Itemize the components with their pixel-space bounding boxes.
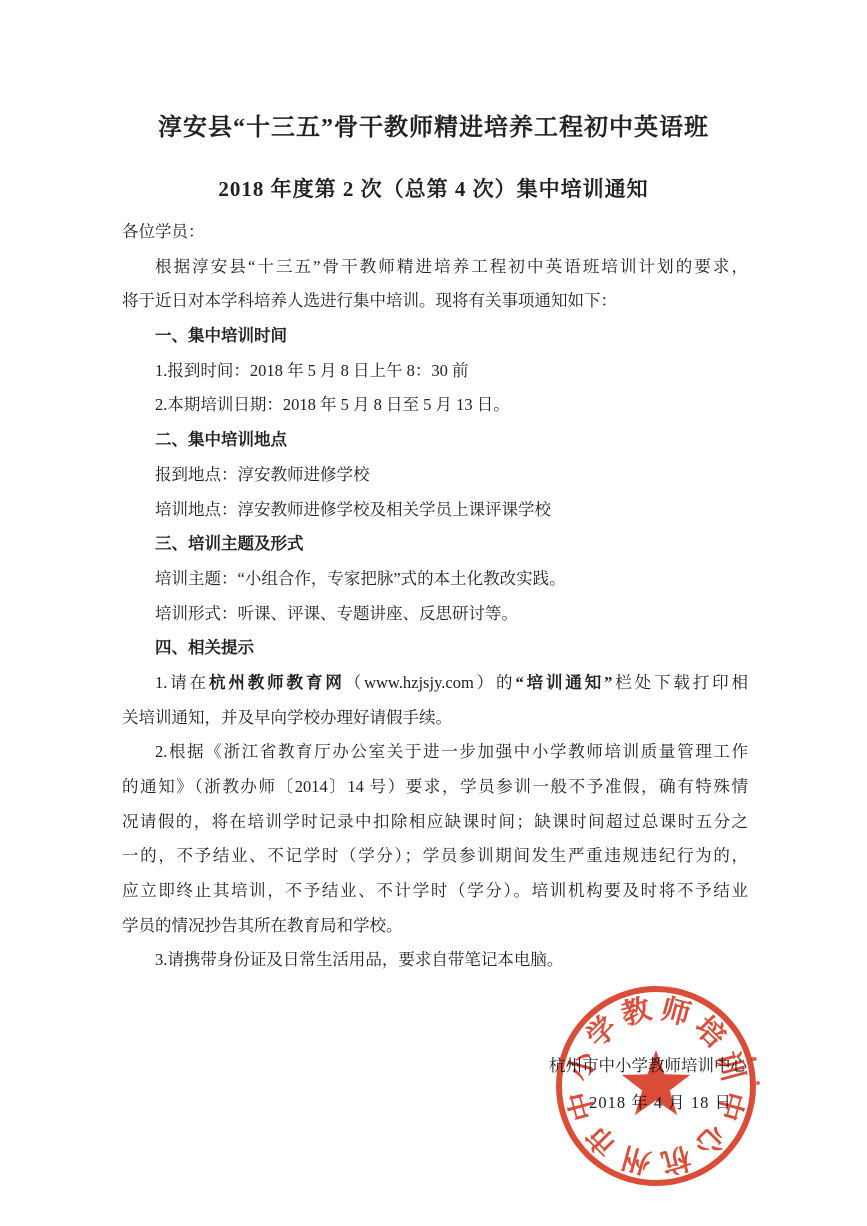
seal-ring-char: 市 xyxy=(580,1118,624,1162)
seal-ring-char: 师 xyxy=(658,992,695,1031)
text-line: 关培训通知，并及早向学校办理好请假手续。 xyxy=(122,701,748,736)
text-line: 的通知》（浙教办师〔2014〕14 号）要求，学员参训一般不予准假，确有特殊情 xyxy=(122,770,748,805)
plain-text: 栏处下载打印相 xyxy=(612,673,748,692)
text-line: 四、相关提示 xyxy=(122,631,748,666)
notice-document-page: 淳安县“十三五”骨干教师精进培养工程初中英语班 2018 年度第 2 次（总第 … xyxy=(0,0,867,1226)
seal-ring-char: 学 xyxy=(580,1010,624,1054)
seal-ring-char: 心 xyxy=(687,1118,732,1163)
seal-ring-char: 州 xyxy=(618,1140,654,1178)
text-line: 应立即终止其培训，不予结业、不计学时（学分）。培训机构要及时将不予结业 xyxy=(122,874,748,909)
text-line: 二、集中培训地点 xyxy=(122,423,748,458)
text-line: 三、培训主题及形式 xyxy=(122,527,748,562)
seal-ring xyxy=(559,989,753,1183)
text-line: 况请假的，将在培训学时记录中扣除相应缺课时间；缺课时间超过总课时五分之 xyxy=(122,805,748,840)
seal-ring-char: 培 xyxy=(688,1010,732,1054)
signature-org-name: 杭州市中小学教师培训中心 xyxy=(549,1052,747,1080)
text-line: 1.请在杭州教师教育网（www.hzjsjy.com）的“培训通知”栏处下载打印… xyxy=(122,666,748,701)
text-line: 学员的情况抄告其所在教育局和学校。 xyxy=(122,909,748,944)
official-seal-stamp: 杭州市中小学教师培训中心 xyxy=(550,980,762,1192)
text-line: 一的，不予结业、不记学时（学分）；学员参训期间发生严重违规违纪行为的， xyxy=(122,839,748,874)
text-line: 2.本期培训日期：2018 年 5 月 8 日至 5 月 13 日。 xyxy=(122,388,748,423)
seal-ring-char: 教 xyxy=(618,992,656,1032)
seal-ink-speck xyxy=(751,1057,757,1061)
document-subtitle: 2018 年度第 2 次（总第 4 次）集中培训通知 xyxy=(0,174,867,204)
text-line: 1.报到时间：2018 年 5 月 8 日上午 8：30 前 xyxy=(122,354,748,389)
text-line: 根据淳安县“十三五”骨干教师精进培养工程初中英语班培训计划的要求， xyxy=(122,250,748,285)
emphasized-text: “培训通知” xyxy=(515,673,612,692)
text-line: 将于近日对本学科培养人选进行集中培训。现将有关事项通知如下： xyxy=(122,284,748,319)
plain-text: 1.请在 xyxy=(155,673,209,692)
text-line: 一、集中培训时间 xyxy=(122,319,748,354)
text-line: 培训主题：“小组合作，专家把脉”式的本土化教改实践。 xyxy=(122,562,748,597)
text-line: 各位学员： xyxy=(122,215,748,250)
seal-ring-char: 杭 xyxy=(658,1140,695,1179)
signature-date: 2018 年 4 月 18 日 xyxy=(589,1089,732,1117)
text-line: 培训地点：淳安教师进修学校及相关学员上课评课学校 xyxy=(122,493,748,528)
text-line: 2.根据《浙江省教育厅办公室关于进一步加强中小学教师培训质量管理工作 xyxy=(122,735,748,770)
seal-ring-text: 杭州市中小学教师培训中心 xyxy=(562,992,749,1179)
document-title: 淳安县“十三五”骨干教师精进培养工程初中英语班 xyxy=(0,112,867,144)
text-line: 报到地点：淳安教师进修学校 xyxy=(122,458,748,493)
document-body: 各位学员：根据淳安县“十三五”骨干教师精进培养工程初中英语班培训计划的要求，将于… xyxy=(122,215,748,978)
plain-text: （www.hzjsjy.com）的 xyxy=(345,673,516,692)
text-line: 培训形式：听课、评课、专题讲座、反思研讨等。 xyxy=(122,597,748,632)
seal-ink-speck xyxy=(756,1081,760,1085)
text-line: 3.请携带身份证及日常生活用品，要求自带笔记本电脑。 xyxy=(122,943,748,978)
emphasized-text: 杭州教师教育网 xyxy=(209,673,345,692)
